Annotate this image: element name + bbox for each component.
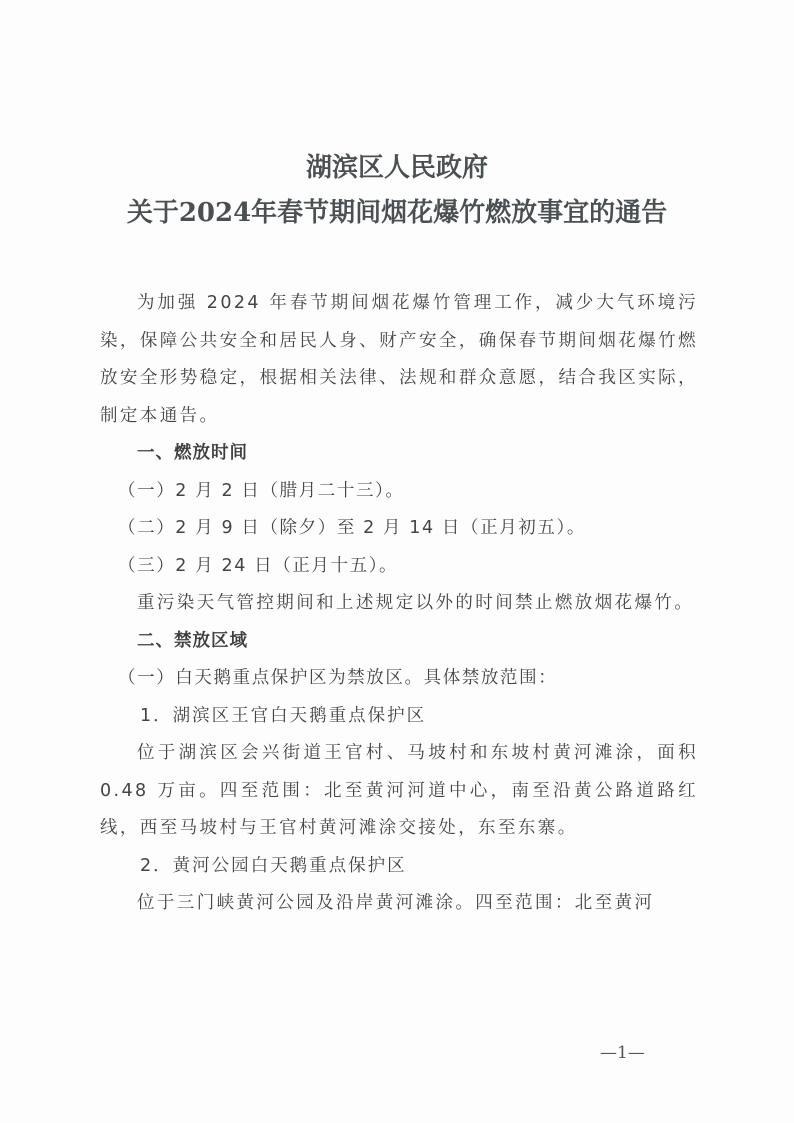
zone-description: 位于三门峡黄河公园及沿岸黄河滩涂。四至范围：北至黄河 bbox=[100, 885, 698, 923]
list-item: （二）2 月 9 日（除夕）至 2 月 14 日（正月初五）。 bbox=[100, 510, 698, 548]
document-body: 为加强 2024 年春节期间烟花爆竹管理工作，减少大气环境污染，保障公共安全和居… bbox=[100, 285, 698, 923]
zone-title: 2．黄河公园白天鹅重点保护区 bbox=[100, 848, 698, 886]
document-title-line2: 关于2024年春节期间烟花爆竹燃放事宜的通告 bbox=[0, 192, 794, 229]
document-page: 湖滨区人民政府 关于2024年春节期间烟花爆竹燃放事宜的通告 为加强 2024 … bbox=[0, 0, 794, 1123]
zone-title: 1．湖滨区王官白天鹅重点保护区 bbox=[100, 698, 698, 736]
list-item: （一）2 月 2 日（腊月二十三）。 bbox=[100, 473, 698, 511]
section-heading-prohibited-areas: 二、禁放区域 bbox=[100, 623, 698, 661]
document-title-line1: 湖滨区人民政府 bbox=[0, 147, 794, 184]
page-number: —1— bbox=[600, 1043, 645, 1063]
list-item: （三）2 月 24 日（正月十五）。 bbox=[100, 548, 698, 586]
section-heading-burning-time: 一、燃放时间 bbox=[100, 435, 698, 473]
intro-paragraph: 为加强 2024 年春节期间烟花爆竹管理工作，减少大气环境污染，保障公共安全和居… bbox=[100, 285, 698, 435]
list-item: （一）白天鹅重点保护区为禁放区。具体禁放范围： bbox=[100, 660, 698, 698]
zone-description: 位于湖滨区会兴街道王官村、马坡村和东坡村黄河滩涂，面积 0.48 万亩。四至范围… bbox=[100, 735, 698, 848]
prohibition-note: 重污染天气管控期间和上述规定以外的时间禁止燃放烟花爆竹。 bbox=[100, 585, 698, 623]
